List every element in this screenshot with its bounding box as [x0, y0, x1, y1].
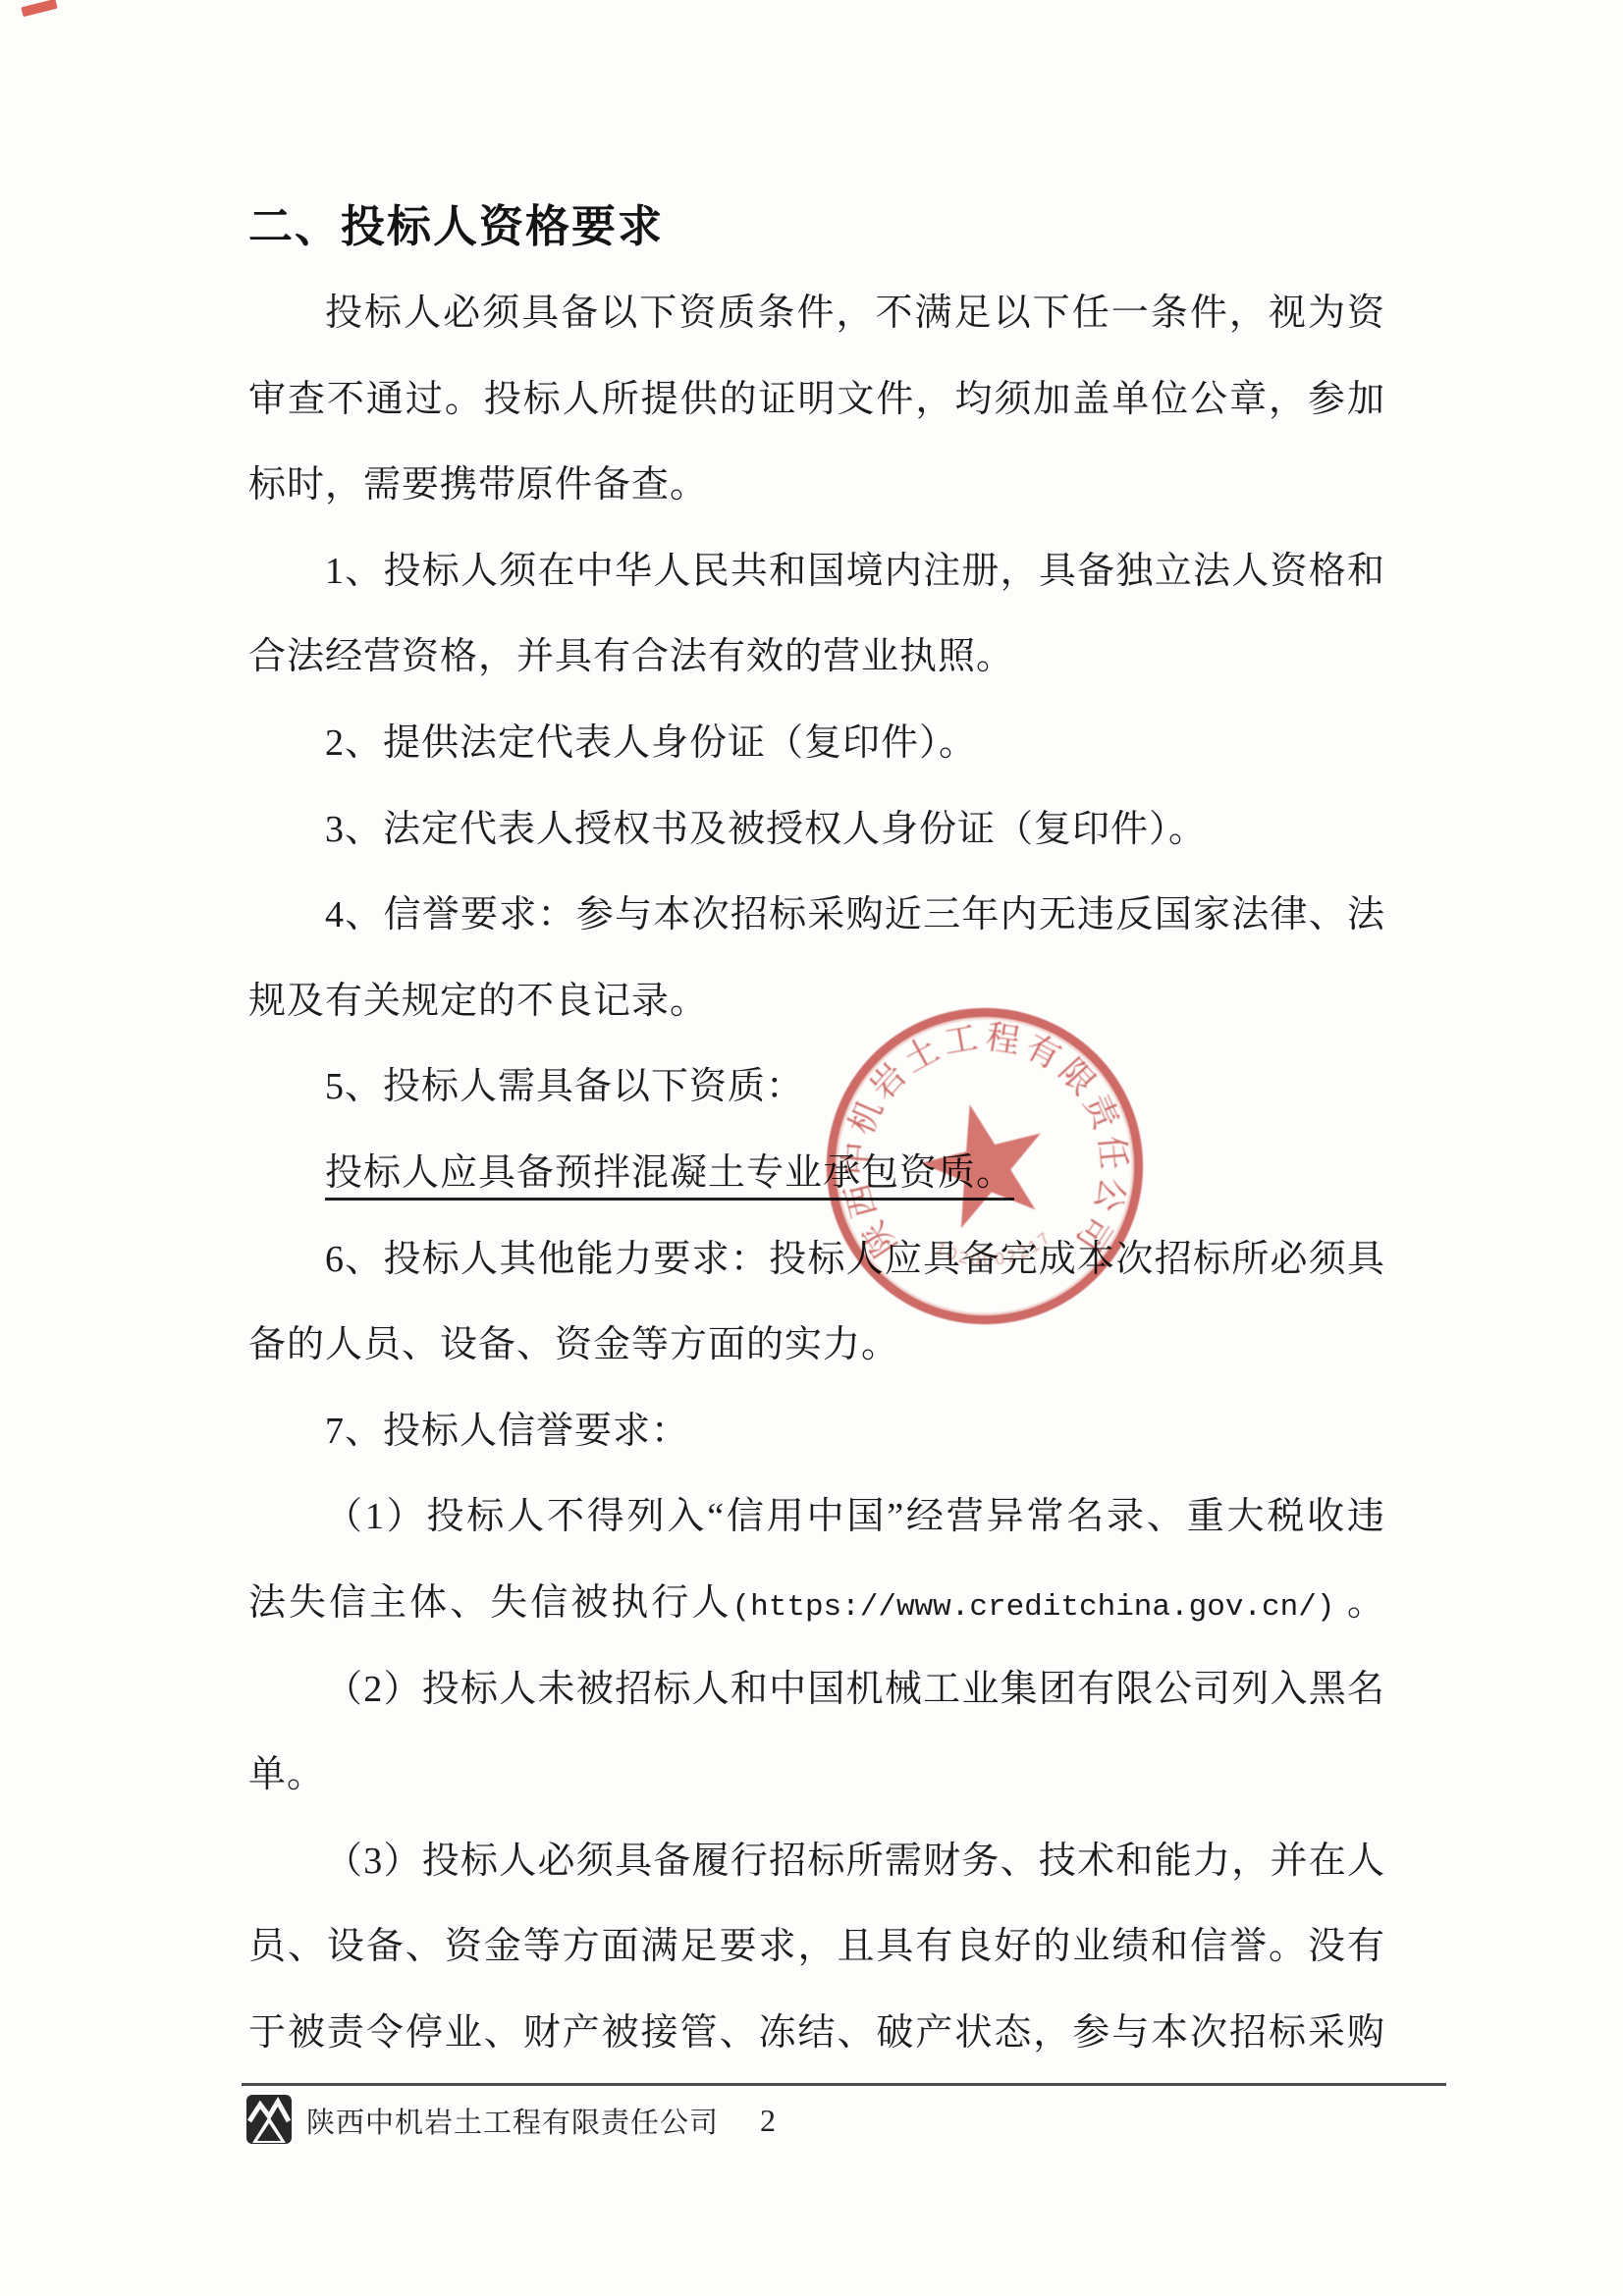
footer-company-name: 陕西中机岩土工程有限责任公司 — [306, 2101, 719, 2141]
text-line: 备的人员、设备、资金等方面的实力。 — [248, 1303, 1385, 1389]
red-corner-mark — [21, 0, 57, 17]
url-line-prefix: 法失信主体、失信被执行人 — [248, 1582, 732, 1624]
footer-divider — [242, 2083, 1446, 2086]
text-line: 4、信誉要求：参与本次招标采购近三年内无违反国家法律、法 — [248, 873, 1385, 959]
text-line: （1）投标人不得列入“信用中国”经营异常名录、重大税收违 — [248, 1474, 1385, 1561]
text-line: （2）投标人未被招标人和中国机械工业集团有限公司列入黑名 — [248, 1647, 1385, 1734]
text-line: （3）投标人必须具备履行招标所需财务、技术和能力，并在人 — [248, 1819, 1385, 1905]
footer: 陕西中机岩土工程有限责任公司 — [246, 2092, 719, 2149]
text-line: 于被责令停业、财产被接管、冻结、破产状态，参与本次招标采购近 — [248, 1991, 1385, 2077]
section-heading: 二、投标人资格要求 — [248, 183, 1385, 271]
underlined-text-line: 投标人应具备预拌混凝土专业承包资质。 — [248, 1131, 1385, 1217]
text-line: 审查不通过。投标人所提供的证明文件，均须加盖单位公章，参加投 — [248, 357, 1385, 444]
scanned-document-page: 二、投标人资格要求 投标人必须具备以下资质条件，不满足以下任一条件，视为资格 审… — [0, 0, 1623, 2296]
text-line: 投标人必须具备以下资质条件，不满足以下任一条件，视为资格 — [248, 271, 1385, 357]
document-body: 二、投标人资格要求 投标人必须具备以下资质条件，不满足以下任一条件，视为资格 审… — [248, 183, 1385, 2076]
text-line: 7、投标人信誉要求： — [248, 1389, 1385, 1475]
text-line: 合法经营资格，并具有合法有效的营业执照。 — [248, 614, 1385, 701]
text-line: 员、设备、资金等方面满足要求，且具有良好的业绩和信誉。没有处 — [248, 1904, 1385, 1991]
page-number: 2 — [760, 2092, 776, 2149]
creditchina-url: (https://www.creditchina.gov.cn/) — [732, 1590, 1335, 1625]
text-line: 2、提供法定代表人身份证（复印件）。 — [248, 701, 1385, 787]
text-line: 规及有关规定的不良记录。 — [248, 959, 1385, 1045]
text-line-with-url: 法失信主体、失信被执行人(https://www.creditchina.gov… — [248, 1561, 1385, 1647]
text-line: 5、投标人需具备以下资质： — [248, 1044, 1385, 1131]
text-line: 3、法定代表人授权书及被授权人身份证（复印件）。 — [248, 787, 1385, 874]
text-line: 标时，需要携带原件备查。 — [248, 443, 1385, 529]
text-line: 单。 — [248, 1733, 1385, 1819]
company-mountain-logo-icon — [246, 2095, 292, 2146]
url-line-suffix: 。 — [1334, 1582, 1385, 1624]
text-line: 6、投标人其他能力要求：投标人应具备完成本次招标所必须具 — [248, 1217, 1385, 1304]
text-line: 1、投标人须在中华人民共和国境内注册，具备独立法人资格和 — [248, 529, 1385, 615]
